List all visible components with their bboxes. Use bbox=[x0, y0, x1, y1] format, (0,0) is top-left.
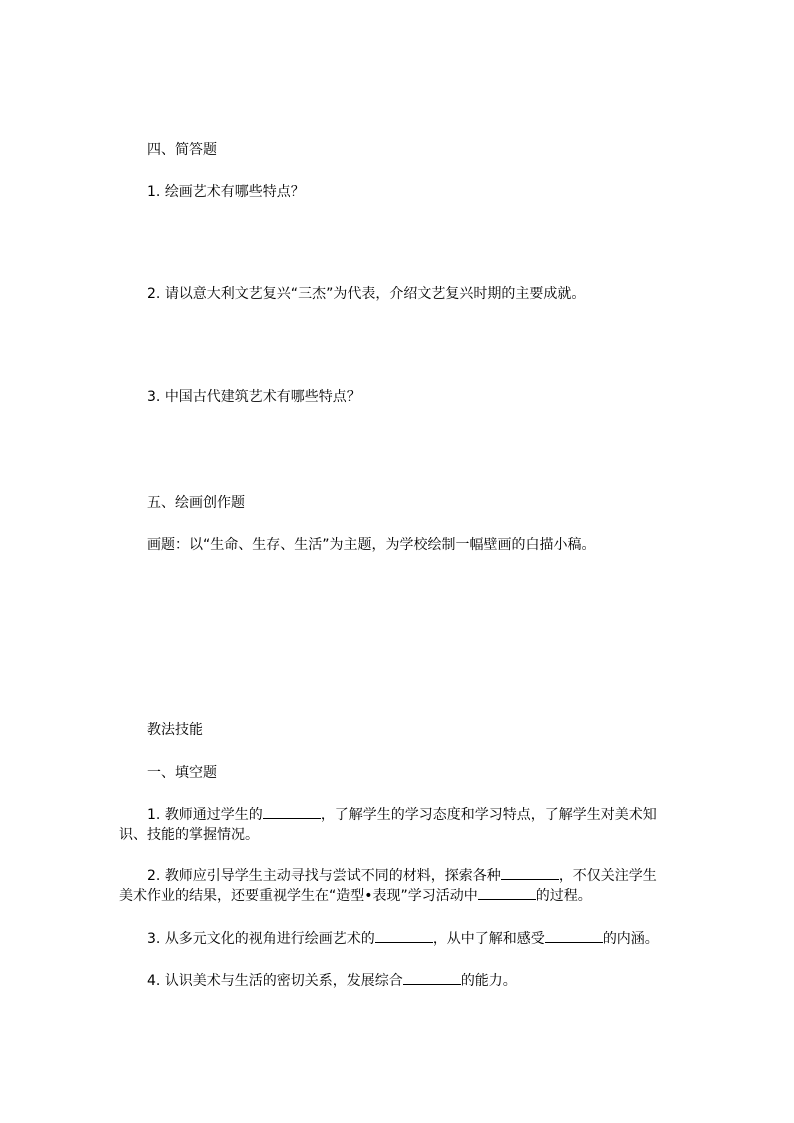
fill-blank-4: 4. 认识美术与生活的密切关系，发展综合的能力。 bbox=[119, 971, 667, 991]
answer-blank bbox=[375, 929, 433, 943]
question-text: 的内涵。 bbox=[603, 931, 659, 947]
question-number: 3. bbox=[147, 389, 160, 405]
fill-blank-2: 2. 教师应引导学生主动寻找与尝试不同的材料，探索各种，不仅关注学生美术作业的结… bbox=[119, 866, 667, 906]
question-number: 4. bbox=[147, 973, 160, 989]
question-text: ，从中了解和感受 bbox=[433, 931, 545, 947]
answer-blank bbox=[403, 971, 461, 985]
answer-blank bbox=[501, 866, 559, 880]
question-1: 1. 绘画艺术有哪些特点？ bbox=[147, 182, 667, 202]
question-3: 3. 中国古代建筑艺术有哪些特点？ bbox=[147, 387, 667, 407]
question-text: 教师应引导学生主动寻找与尝试不同的材料，探索各种 bbox=[165, 868, 501, 884]
question-text: 教师通过学生的 bbox=[165, 807, 263, 823]
answer-blank bbox=[263, 805, 321, 819]
question-number: 1. bbox=[147, 807, 160, 823]
section-heading-short-answer: 四、简答题 bbox=[147, 140, 667, 160]
question-text: 认识美术与生活的密切关系，发展综合 bbox=[165, 973, 403, 989]
question-text: 绘画艺术有哪些特点？ bbox=[165, 184, 305, 200]
question-text: 从多元文化的视角进行绘画艺术的 bbox=[165, 931, 375, 947]
question-text: 的能力。 bbox=[461, 973, 517, 989]
fill-blank-3: 3. 从多元文化的视角进行绘画艺术的，从中了解和感受的内涵。 bbox=[119, 929, 667, 949]
document-page: 四、简答题 1. 绘画艺术有哪些特点？ 2. 请以意大利文艺复兴“三杰”为代表，… bbox=[0, 0, 794, 1123]
teaching-title: 教法技能 bbox=[147, 720, 667, 740]
question-number: 1. bbox=[147, 184, 160, 200]
question-number: 2. bbox=[147, 286, 160, 302]
answer-blank bbox=[545, 929, 603, 943]
section-heading-drawing: 五、绘画创作题 bbox=[147, 493, 667, 513]
section-heading-fill-blank: 一、填空题 bbox=[147, 763, 667, 783]
question-text: 请以意大利文艺复兴“三杰”为代表，介绍文艺复兴时期的主要成就。 bbox=[165, 286, 586, 302]
question-text: 的过程。 bbox=[536, 888, 592, 904]
question-number: 3. bbox=[147, 931, 160, 947]
question-number: 2. bbox=[147, 868, 160, 884]
fill-blank-1: 1. 教师通过学生的，了解学生的学习态度和学习特点，了解学生对美术知识、技能的掌… bbox=[119, 805, 667, 845]
drawing-prompt: 画题：以“生命、生存、生活”为主题，为学校绘制一幅壁画的白描小稿。 bbox=[147, 535, 667, 555]
answer-blank bbox=[478, 886, 536, 900]
question-text: 中国古代建筑艺术有哪些特点？ bbox=[165, 389, 361, 405]
question-2: 2. 请以意大利文艺复兴“三杰”为代表，介绍文艺复兴时期的主要成就。 bbox=[147, 284, 667, 304]
